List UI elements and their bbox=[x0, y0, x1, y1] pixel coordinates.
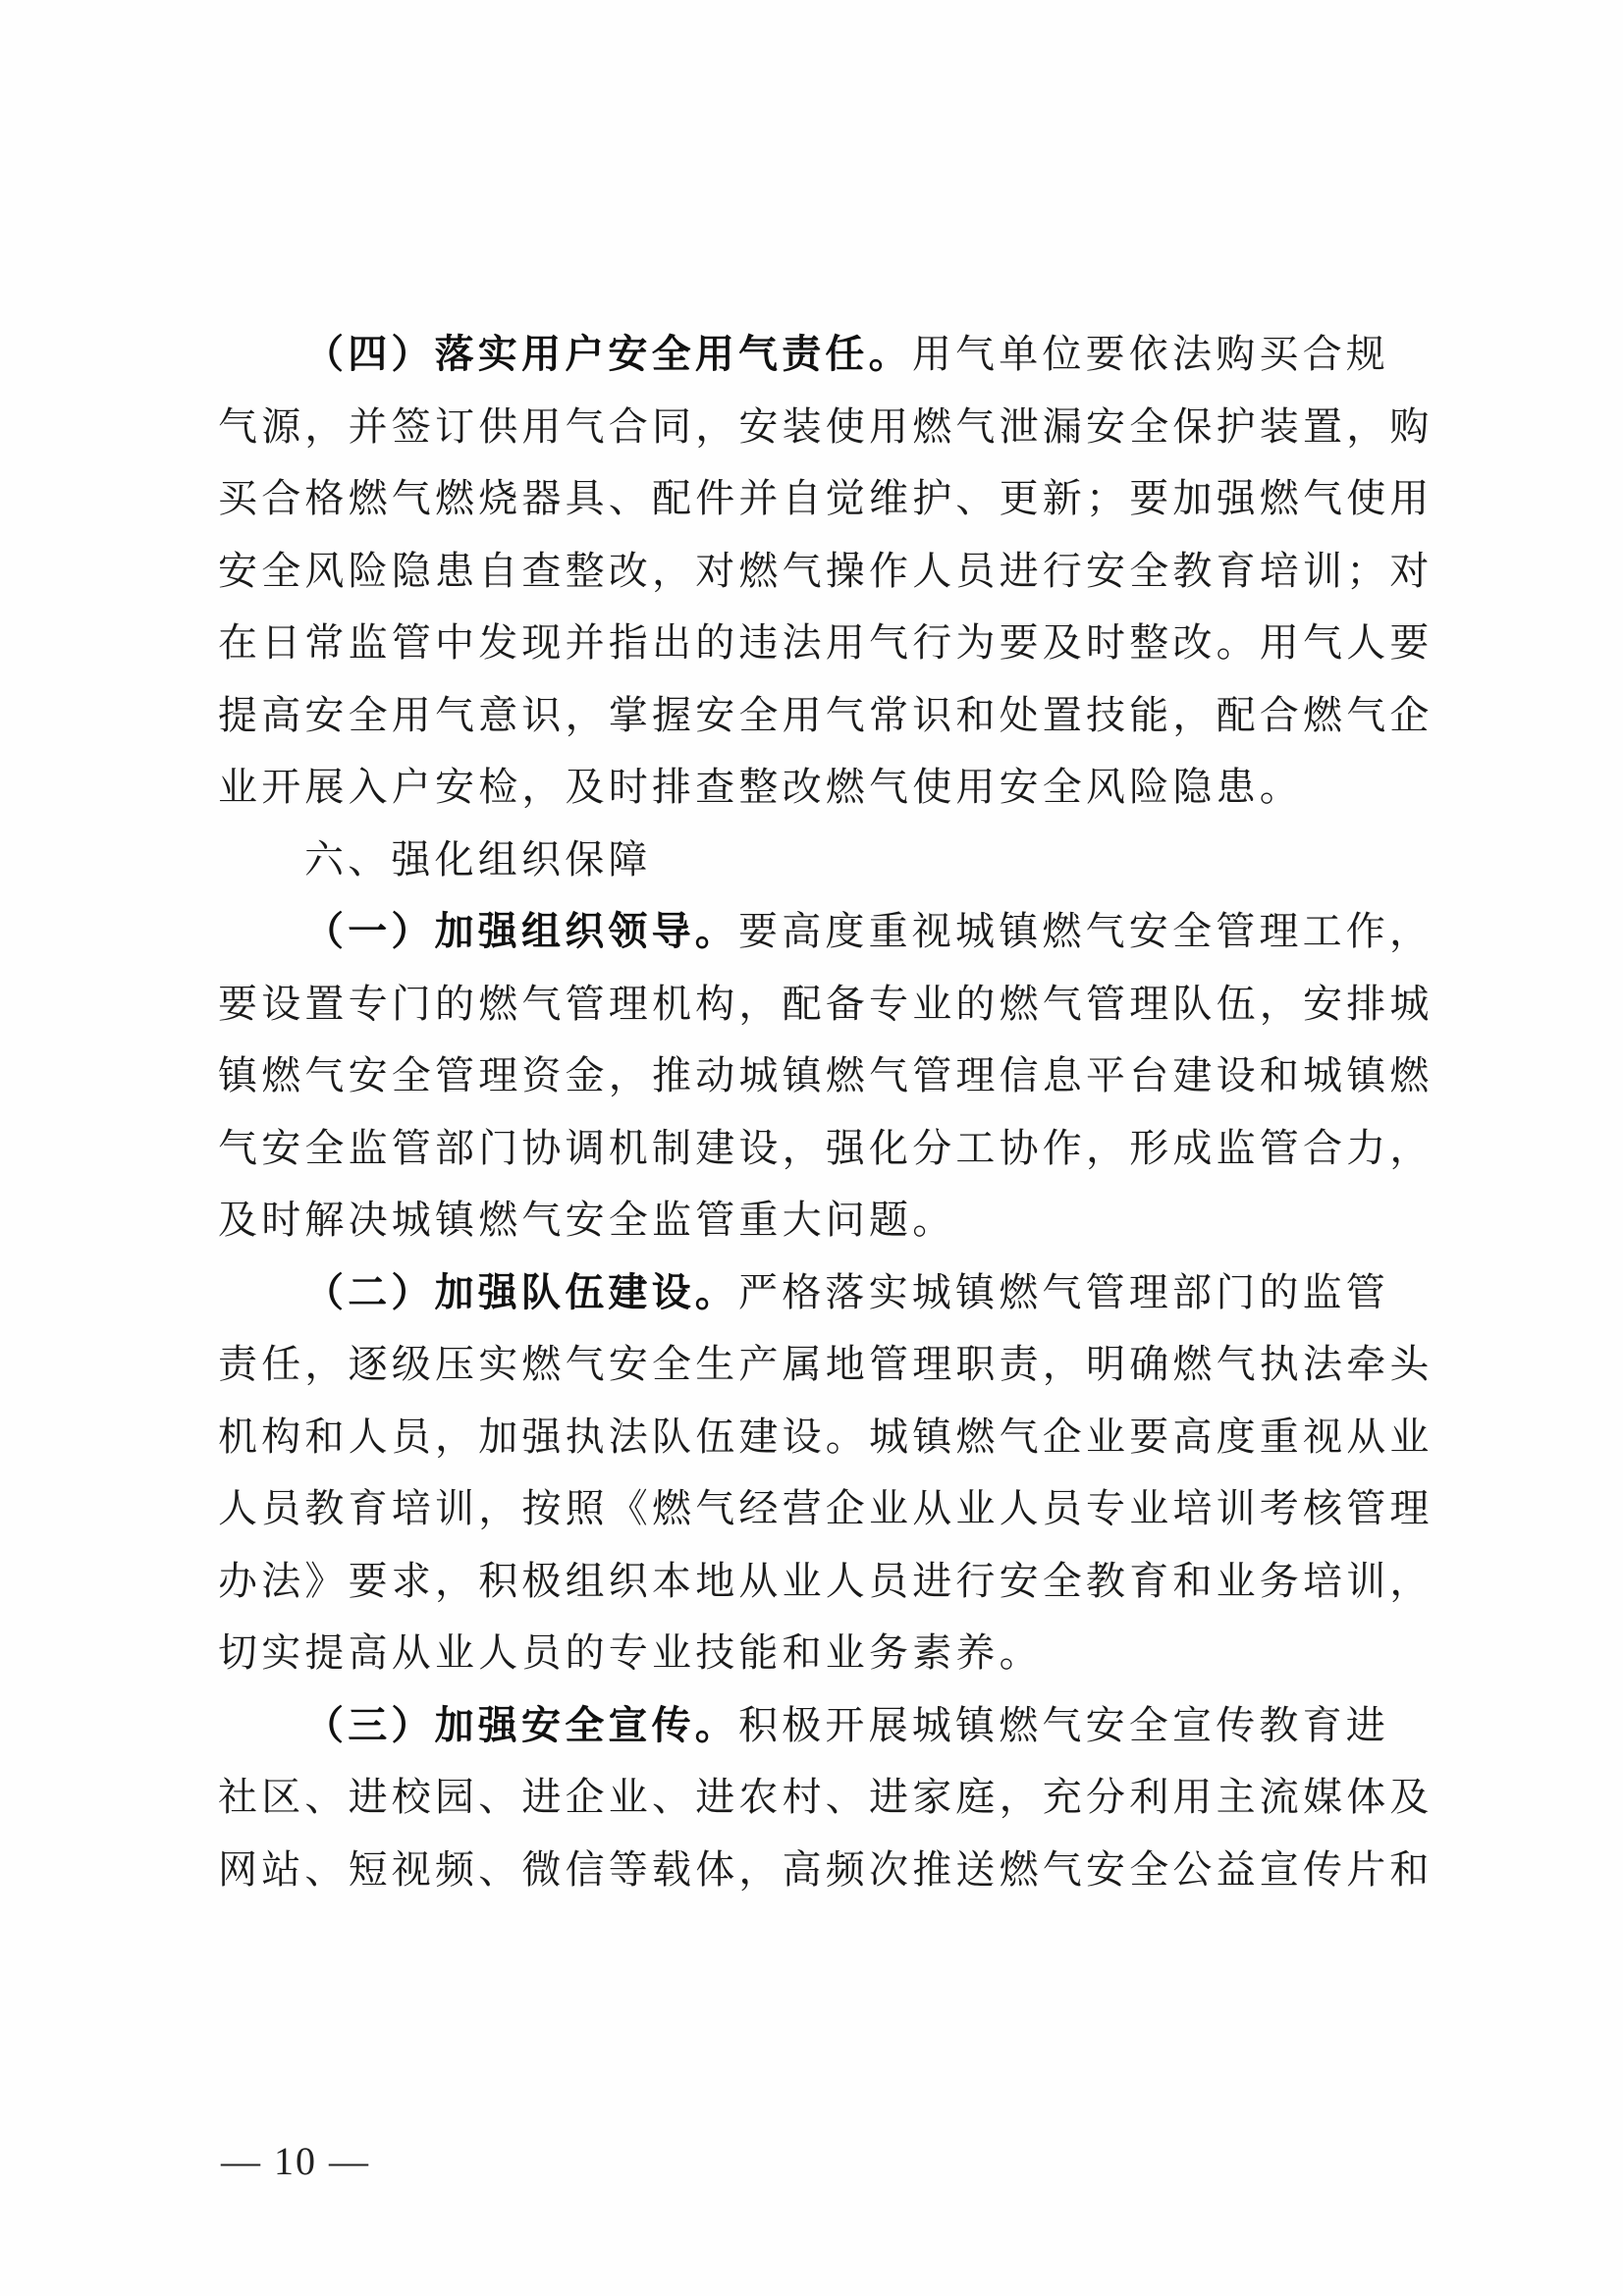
paragraph-user-gas-safety: （四）落实用户安全用气责任。用气单位要依法购买合规 气源，并签订供用气合同，安装… bbox=[218, 319, 1432, 825]
paragraph-line: 要设置专门的燃气管理机构，配备专业的燃气管理队伍，安排城 bbox=[218, 969, 1432, 1041]
paragraph-line: 责任，逐级压实燃气安全生产属地管理职责，明确燃气执法牵头 bbox=[218, 1329, 1432, 1402]
paragraph-heading: （二）加强队伍建设。 bbox=[304, 1270, 738, 1315]
paragraph-heading: （四）落实用户安全用气责任。 bbox=[304, 332, 912, 377]
paragraph-line: 机构和人员，加强执法队伍建设。城镇燃气企业要高度重视从业 bbox=[218, 1402, 1432, 1474]
paragraph-text: 严格落实城镇燃气管理部门的监管 bbox=[738, 1270, 1389, 1315]
paragraph-line: 及时解决城镇燃气安全监管重大问题。 bbox=[218, 1185, 1432, 1257]
paragraph-first-line: （四）落实用户安全用气责任。用气单位要依法购买合规 bbox=[218, 319, 1432, 392]
paragraph-line: 提高安全用气意识，掌握安全用气常识和处置技能，配合燃气企 bbox=[218, 680, 1432, 753]
paragraph-team-building: （二）加强队伍建设。严格落实城镇燃气管理部门的监管 责任，逐级压实燃气安全生产属… bbox=[218, 1257, 1432, 1690]
paragraph-heading: （三）加强安全宣传。 bbox=[304, 1703, 738, 1748]
paragraph-line: 在日常监管中发现并指出的违法用气行为要及时整改。用气人要 bbox=[218, 608, 1432, 680]
paragraph-organization-leadership: （一）加强组织领导。要高度重视城镇燃气安全管理工作， 要设置专门的燃气管理机构，… bbox=[218, 896, 1432, 1257]
paragraph-text: 积极开展城镇燃气安全宣传教育进 bbox=[738, 1703, 1389, 1748]
paragraph-heading: （一）加强组织领导。 bbox=[304, 909, 738, 954]
paragraph-first-line: （三）加强安全宣传。积极开展城镇燃气安全宣传教育进 bbox=[218, 1690, 1432, 1763]
paragraph-text: 要高度重视城镇燃气安全管理工作， bbox=[738, 909, 1433, 954]
section-title: 六、强化组织保障 bbox=[218, 825, 1432, 897]
paragraph-safety-publicity: （三）加强安全宣传。积极开展城镇燃气安全宣传教育进 社区、进校园、进企业、进农村… bbox=[218, 1690, 1432, 1907]
paragraph-line: 气源，并签订供用气合同，安装使用燃气泄漏安全保护装置，购 bbox=[218, 392, 1432, 464]
paragraph-first-line: （二）加强队伍建设。严格落实城镇燃气管理部门的监管 bbox=[218, 1257, 1432, 1330]
paragraph-line: 社区、进校园、进企业、进农村、进家庭，充分利用主流媒体及 bbox=[218, 1762, 1432, 1835]
paragraph-text: 用气单位要依法购买合规 bbox=[912, 332, 1389, 377]
page-number: — 10 — bbox=[221, 2138, 370, 2184]
paragraph-line: 买合格燃气燃烧器具、配件并自觉维护、更新；要加强燃气使用 bbox=[218, 463, 1432, 536]
document-page: （四）落实用户安全用气责任。用气单位要依法购买合规 气源，并签订供用气合同，安装… bbox=[0, 0, 1623, 2296]
paragraph-line: 切实提高从业人员的专业技能和业务素养。 bbox=[218, 1618, 1432, 1690]
paragraph-first-line: （一）加强组织领导。要高度重视城镇燃气安全管理工作， bbox=[218, 896, 1432, 969]
paragraph-line: 镇燃气安全管理资金，推动城镇燃气管理信息平台建设和城镇燃 bbox=[218, 1041, 1432, 1113]
paragraph-line: 气安全监管部门协调机制建设，强化分工协作，形成监管合力， bbox=[218, 1113, 1432, 1186]
paragraph-line: 人员教育培训，按照《燃气经营企业从业人员专业培训考核管理 bbox=[218, 1473, 1432, 1546]
section-heading: 六、强化组织保障 bbox=[218, 825, 1432, 897]
paragraph-line: 办法》要求，积极组织本地从业人员进行安全教育和业务培训， bbox=[218, 1546, 1432, 1619]
document-body: （四）落实用户安全用气责任。用气单位要依法购买合规 气源，并签订供用气合同，安装… bbox=[218, 319, 1432, 1906]
paragraph-line: 业开展入户安检，及时排查整改燃气使用安全风险隐患。 bbox=[218, 752, 1432, 825]
paragraph-line: 网站、短视频、微信等载体，高频次推送燃气安全公益宣传片和 bbox=[218, 1835, 1432, 1907]
paragraph-line: 安全风险隐患自查整改，对燃气操作人员进行安全教育培训；对 bbox=[218, 536, 1432, 609]
